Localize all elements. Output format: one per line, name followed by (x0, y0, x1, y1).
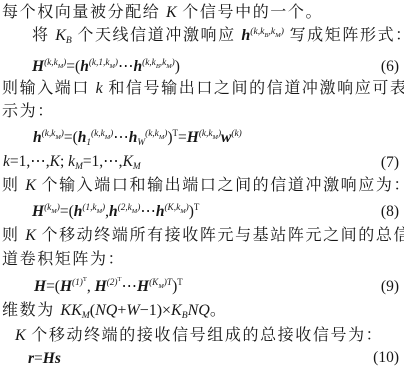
equation-6-number: (6) (381, 58, 399, 76)
text-line-11: 道卷积矩阵为： (2, 250, 125, 270)
text-line-1: 每个权向量被分配给 K 个信号中的一个。 (2, 3, 323, 23)
equation-10: r=Hs (28, 349, 61, 369)
equation-7-number: (7) (381, 154, 399, 172)
text-line-14: K 个移动终端的接收信号组成的总接收信号为： (15, 326, 383, 346)
document-page: 每个权向量被分配给 K 个信号中的一个。 将 KB 个天线信道冲激响应 h(k,… (0, 0, 404, 371)
equation-7: h(k,kM)=(h1(k,kM)⋯hW(k,kM))T=H(k,kM)w(k) (33, 128, 242, 151)
text-line-13: 维数为 KKM(NQ+W−1)×KBNQ。 (2, 301, 227, 323)
equation-6: H(k,kM)=(h(k,1,kM)⋯h(k,kB,kM)) (32, 57, 180, 80)
equation-10-number: (10) (373, 349, 399, 367)
text-line-2: 将 KB 个天线信道冲激响应 h(k,kB,kM) 写成矩阵形式： (32, 26, 404, 49)
text-line-8: 则 K 个输入端口和输出端口之间的信道冲激响应为： (2, 176, 404, 196)
equation-9: H=(H(1)T, H(2)T⋯H(KM)T)T (34, 277, 183, 300)
text-line-10: 则 K 个移动终端所有接收阵元与基站阵元之间的总信 (2, 226, 404, 246)
equation-7-conditions: k=1,⋯,K; kM=1,⋯,KM (3, 152, 141, 174)
equation-9-number: (9) (381, 278, 399, 296)
equation-8: H(kM)=(h(1,kM),h(2,kM)⋯h(K,kM))T (32, 202, 199, 225)
equation-8-number: (8) (381, 203, 399, 221)
text-line-4: 则输入端口 k 和信号输出口之间的信道冲激响应可表 (2, 79, 404, 99)
text-line-5: 示为： (2, 102, 55, 122)
